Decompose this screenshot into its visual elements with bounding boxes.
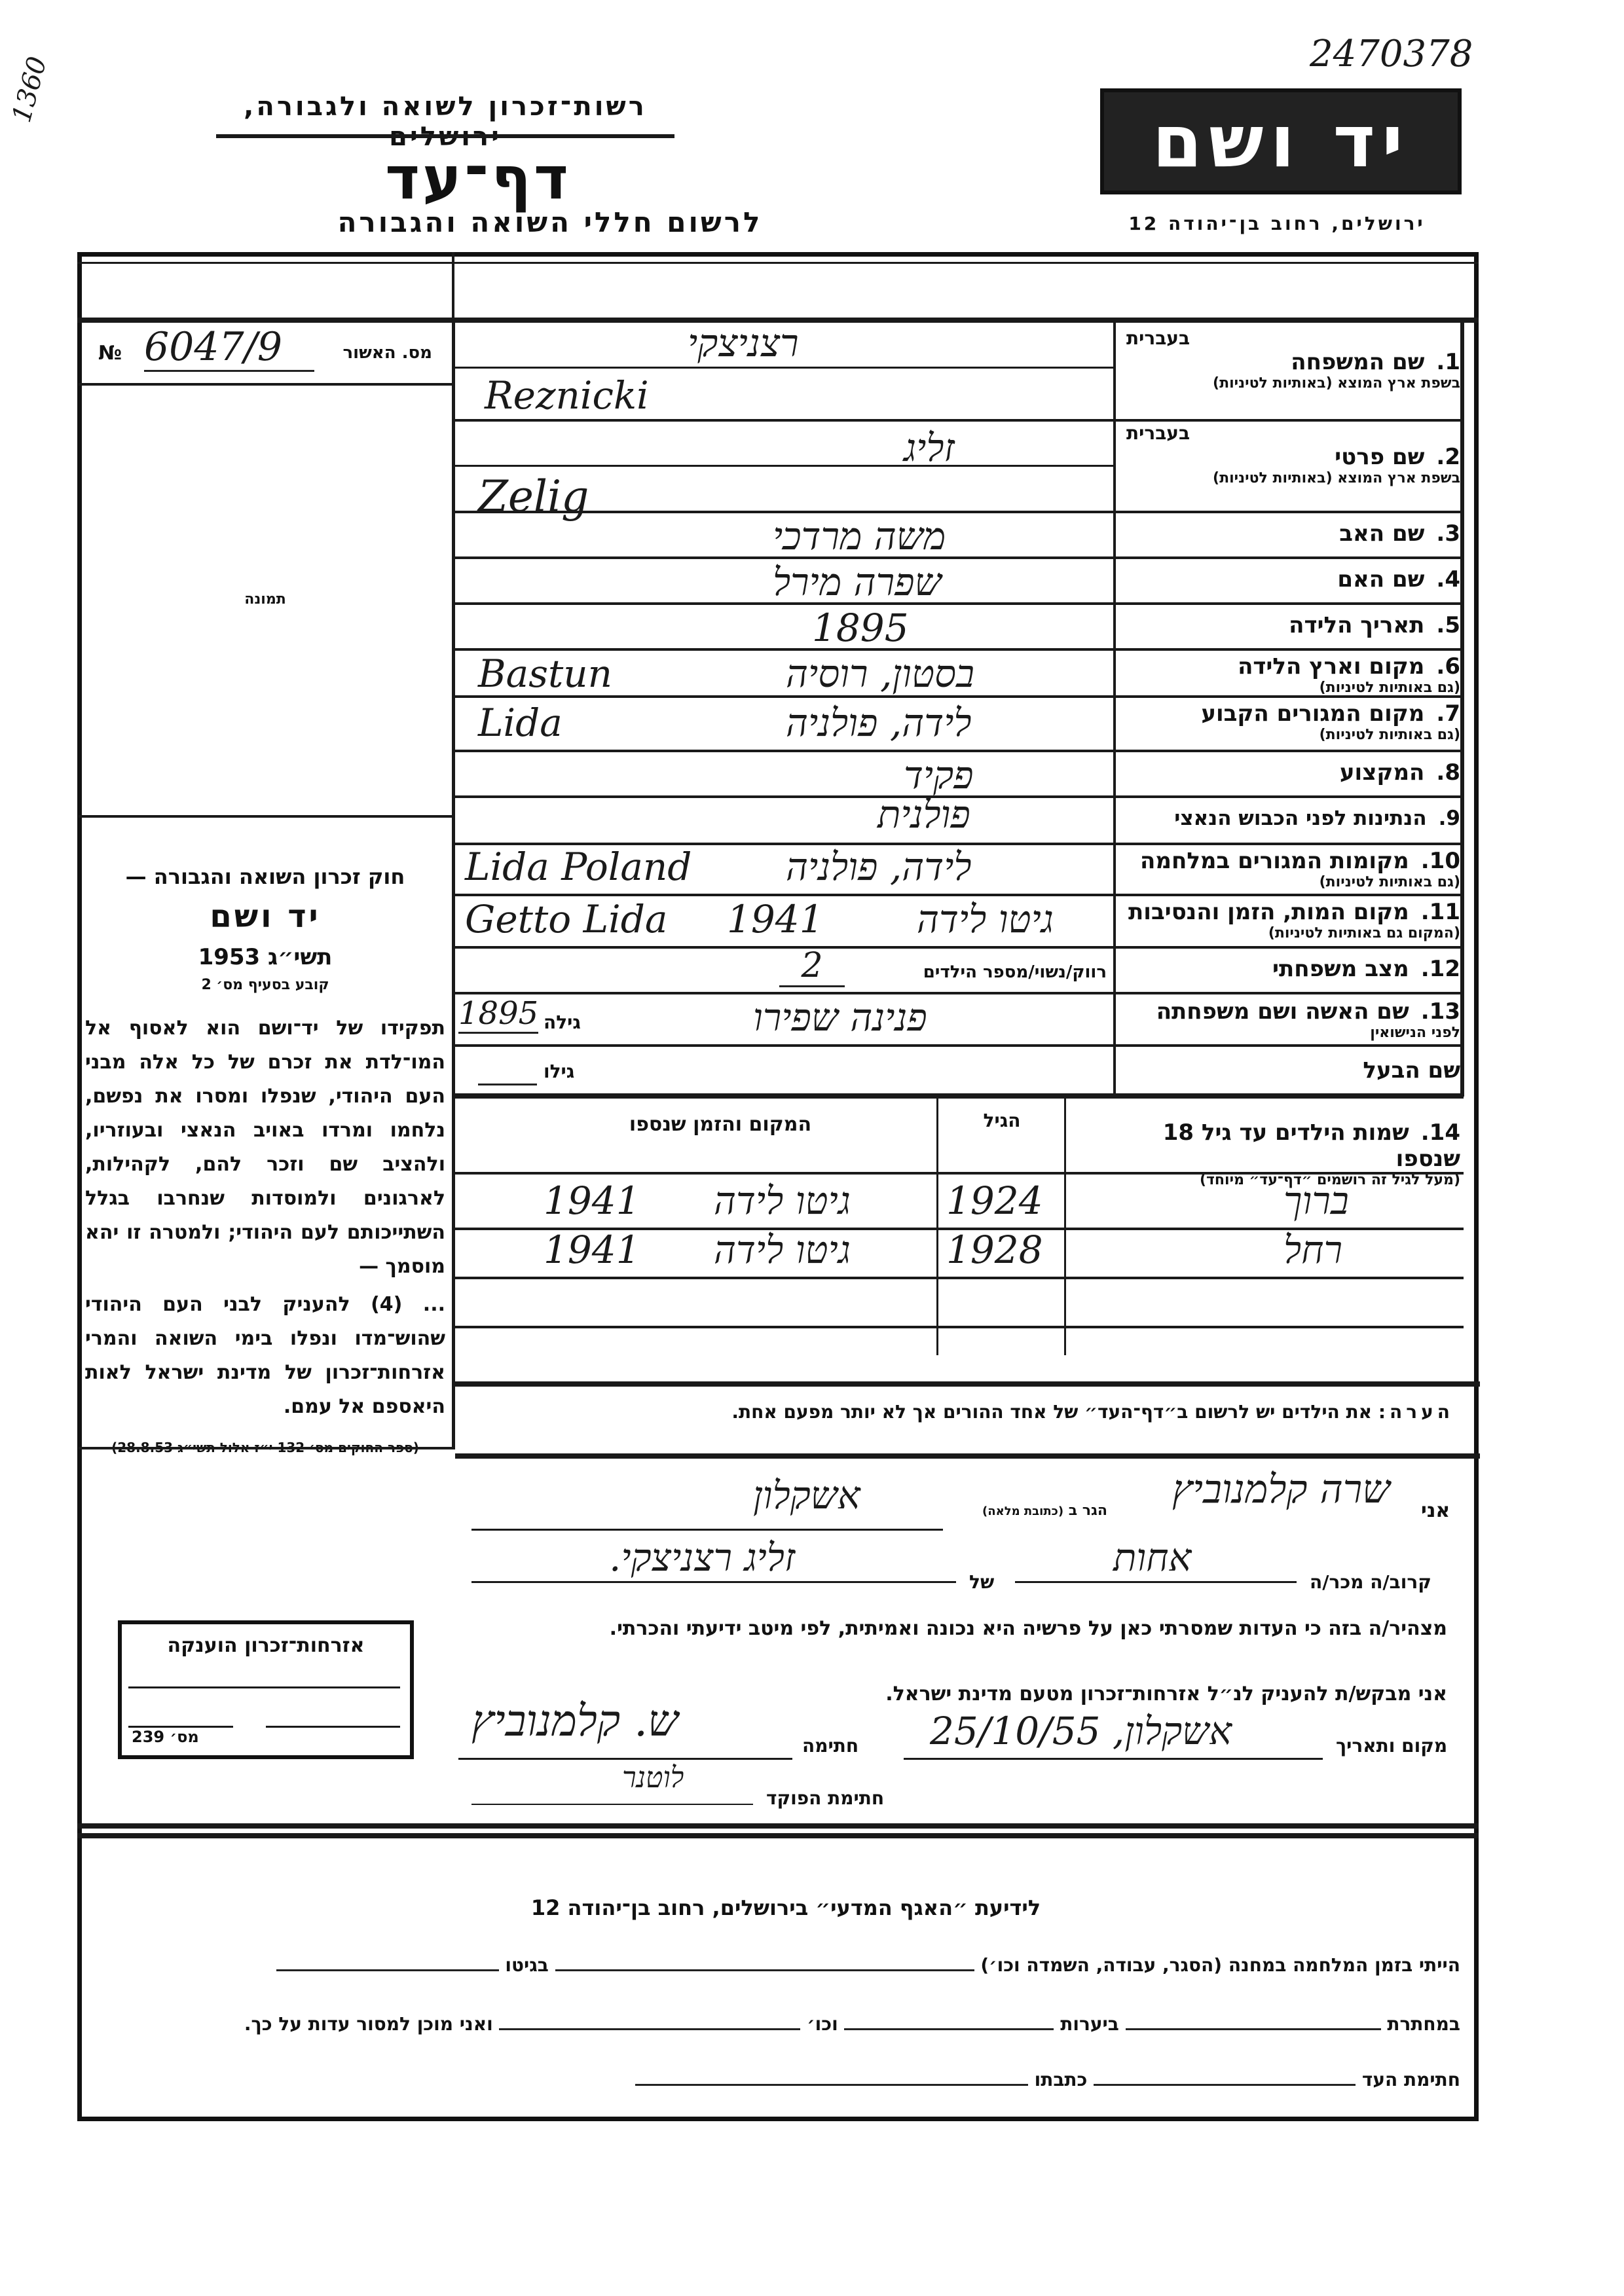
field-13-value[interactable]: פנינה שפירו: [753, 995, 927, 1040]
field-5-value[interactable]: 1895: [812, 606, 909, 650]
field-2-number: 2.: [1436, 444, 1460, 470]
field-1-sub: בשפת ארץ המוצא (באותיות לטיניות): [1126, 375, 1460, 392]
children-col-divider: [1064, 1097, 1066, 1355]
witness-signature-field[interactable]: [1094, 2084, 1356, 2086]
relation-value[interactable]: אחות: [1113, 1535, 1191, 1580]
law-year: תשי״ג 1953: [85, 944, 445, 970]
address-hint: (כתובת מלאה): [982, 1504, 1063, 1518]
archive-number-handwritten: 2470378: [1310, 33, 1473, 75]
form-title: דף־עד: [380, 144, 576, 213]
row-line: [455, 1044, 1464, 1047]
field-8-text: המקצוע: [1340, 759, 1425, 786]
field-6-value-latin[interactable]: Bastun: [478, 651, 612, 696]
col-place-header: המקום והזמן שנספו: [524, 1113, 917, 1136]
underground-label: במחתרת: [1387, 2013, 1460, 2035]
field-12-children-count[interactable]: 2: [779, 946, 845, 987]
field-8-number: 8.: [1436, 759, 1460, 786]
of-line: [471, 1581, 956, 1583]
field-1-text: שם המשפחה: [1291, 349, 1424, 375]
label-column-border: [1113, 318, 1116, 1097]
place-date-line: [904, 1758, 1323, 1760]
row-line: [455, 419, 1464, 422]
field-1-label: בעברית 1.שם המשפחה בשפת ארץ המוצא (באותי…: [1126, 327, 1460, 392]
field-9-text: הנתינות לפני הכבוש הנאצי: [1174, 807, 1426, 830]
field-6-title: 6.מקום וארץ הלידה: [1126, 653, 1460, 680]
field-10-value-latin[interactable]: Lida Poland: [465, 845, 692, 889]
field-12-status-options: רווק/נשוי/מספר הילדים: [851, 962, 1107, 982]
field-12-label: 12.מצב משפחתי: [1126, 956, 1460, 982]
field-6-value-hebrew[interactable]: בסטון, רוסיה: [786, 651, 974, 696]
children-number: 14.: [1421, 1120, 1460, 1146]
section-separator: [77, 1833, 1479, 1838]
resident-label: הגר ב: [1069, 1503, 1107, 1519]
witness-address-label: כתבתו: [1035, 2069, 1088, 2090]
etc-label: וכו׳: [807, 2013, 838, 2035]
field-13-title: 13.שם האשה ושם משפחתה: [1126, 998, 1460, 1025]
field-1-number: 1.: [1436, 349, 1460, 375]
declarant-address-line: [471, 1529, 943, 1531]
officer-line: [471, 1804, 753, 1805]
field-5-text: תאריך הלידה: [1289, 612, 1424, 638]
logo-text: יד ושם: [1152, 100, 1409, 183]
field-4-text: שם האם: [1337, 566, 1424, 592]
field-11-title: 11.מקום המות, הזמן והנסיבות: [1126, 899, 1460, 925]
relation-line: [1015, 1581, 1297, 1583]
field-11-value-year[interactable]: 1941: [727, 897, 824, 941]
officer-label: חתימת הפוקד: [766, 1787, 884, 1809]
address: ירושלים, רחוב בן־יהודה 12: [1100, 213, 1454, 234]
military-line-3: חתימת העד כתבתו: [92, 2069, 1460, 2090]
field-7-text: מקום המגורים הקבוע: [1201, 701, 1424, 727]
officer-signature[interactable]: לוטנר: [622, 1761, 684, 1795]
of-name[interactable]: זליג רצניצקי.: [609, 1535, 795, 1580]
field-6-label: 6.מקום וארץ הלידה (גם באותיות לטיניות): [1126, 653, 1460, 696]
field-11-value-latin[interactable]: Getto Lida: [465, 897, 667, 941]
stamp-line: [266, 1726, 400, 1728]
field-11-sub: (המקום גם באותיות לטיניות): [1126, 925, 1460, 941]
field-8-value[interactable]: פקיד: [904, 753, 974, 797]
ghetto-label: בגיטו: [505, 1954, 548, 1976]
row-line: [455, 511, 1464, 513]
frame-inner-top: [77, 262, 1479, 264]
child-age[interactable]: 1928: [946, 1228, 1043, 1272]
field-10-title: 10.מקומות המגורים במלחמה: [1126, 848, 1460, 874]
col-age-header: הגיל: [943, 1110, 1061, 1131]
field-2-value-latin[interactable]: Zelig: [478, 471, 589, 522]
field-11-number: 11.: [1421, 899, 1460, 925]
row-line: [455, 992, 1464, 994]
law-title: חוק זכרון השואה והגבורה —: [85, 864, 445, 889]
husband-age-field[interactable]: [478, 1064, 537, 1085]
field-2-sub: בשפת ארץ המוצא (באותיות לטיניות): [1126, 470, 1460, 486]
field-7-value-hebrew[interactable]: לידה, פולניה: [786, 701, 972, 745]
registration-label: מס. האשור: [343, 343, 433, 363]
field-10-label: 10.מקומות המגורים במלחמה (גם באותיות לטי…: [1126, 848, 1460, 890]
field-11-value-hebrew[interactable]: גיטו לידה: [917, 897, 1054, 941]
witness-address-field[interactable]: [635, 2084, 1028, 2086]
child-name[interactable]: ברוך: [1283, 1178, 1349, 1223]
declarant-name[interactable]: שרה קלמנוביץ: [1172, 1467, 1390, 1512]
field-13-label: 13.שם האשה ושם משפחתה לפני הנישואין: [1126, 998, 1460, 1041]
field-6-number: 6.: [1436, 653, 1460, 680]
top-strip-divider: [452, 252, 454, 318]
stamp-line: [128, 1686, 400, 1688]
row-line: [455, 894, 1464, 896]
field-9-value[interactable]: פולנית: [877, 792, 970, 837]
field-4-label: 4.שם האם: [1126, 566, 1460, 592]
authority-name: רשות־זכרון לשואה ולגבורה, ירושלים: [216, 92, 674, 152]
citizenship-stamp: אזרחות־זכרון הוענקה מס׳ 239: [118, 1620, 414, 1759]
archive-number-text: 2470378: [1310, 33, 1473, 75]
note: הערה: את הילדים יש לרשום ב״דף־העד״ של אח…: [655, 1401, 1454, 1423]
field-13-number: 13.: [1421, 998, 1460, 1025]
row-line: [455, 367, 1113, 369]
field-2-title: 2.שם פרטי: [1126, 444, 1460, 470]
registration-number-field[interactable]: № 6047/9 מס. האשור: [92, 327, 445, 373]
stamp-number: מס׳ 239: [132, 1728, 199, 1746]
field-1-title: 1.שם המשפחה: [1126, 349, 1460, 375]
ghetto-field[interactable]: [276, 1969, 499, 1971]
field-3-value[interactable]: משה מרדכי: [773, 514, 946, 558]
signature-label: חתימה: [802, 1735, 858, 1757]
field-3-number: 3.: [1436, 520, 1460, 547]
forests-field[interactable]: [844, 2028, 1054, 2030]
field-4-value[interactable]: שפרה מירל: [773, 560, 942, 604]
camp-field[interactable]: [555, 1969, 974, 1971]
children-title: 14.שמות הילדים עד גיל 18 שנספו: [1126, 1120, 1460, 1172]
law-name: יד ושם: [85, 898, 445, 935]
registration-divider: [79, 383, 452, 386]
declarant-resident-label: הגר ב (כתובת מלאה): [982, 1503, 1107, 1519]
side-stamp: 1360: [7, 54, 53, 126]
field-10-sub: (גם באותיות לטיניות): [1126, 874, 1460, 890]
field-13-age-label: גילה: [544, 1011, 581, 1033]
section-separator: [77, 1823, 1479, 1829]
place-date-label: מקום ותאריך: [1336, 1735, 1447, 1757]
label-column-border-thick: [1460, 318, 1464, 1097]
form-subtitle: לרשום חללי השואה והגבורה: [288, 206, 812, 238]
field-3-label: 3.שם האב: [1126, 520, 1460, 547]
child-year[interactable]: 1941: [544, 1178, 640, 1223]
stamp-title: אזרחות־זכרון הוענקה: [122, 1634, 410, 1657]
children-text: שמות הילדים עד גיל 18 שנספו: [1163, 1120, 1460, 1172]
law-clause: קובע בסעיף מס׳ 2: [85, 977, 445, 993]
field-7-sub: (גם באותיות לטיניות): [1126, 727, 1460, 743]
field-2-heb-tag: בעברית: [1126, 422, 1460, 444]
field-5-label: 5.תאריך הלידה: [1126, 612, 1460, 638]
row-line: [455, 556, 1464, 559]
children-row-line: [455, 1326, 1464, 1328]
field-2-label: בעברית 2.שם פרטי בשפת ארץ המוצא (באותיות…: [1126, 422, 1460, 486]
children-row-line: [455, 1277, 1464, 1279]
child-place[interactable]: גיטו לידה: [714, 1228, 851, 1272]
header-underline: [216, 134, 674, 138]
registration-number-value: 6047/9: [144, 324, 314, 372]
child-name[interactable]: רחל: [1283, 1228, 1342, 1272]
field-11-text: מקום המות, הזמן והנסיבות: [1128, 899, 1409, 925]
children-table-bottom: [455, 1381, 1480, 1387]
field-13-text: שם האשה ושם משפחתה: [1156, 998, 1409, 1025]
law-paragraph-1: תפקידו של יד־ושם הוא לאסוף אל המו־לדת את…: [85, 1011, 445, 1284]
photo-placeholder[interactable]: תמונה: [79, 386, 452, 812]
field-10-number: 10.: [1421, 848, 1460, 874]
row-line: [455, 946, 1464, 949]
declarant-address[interactable]: אשקלון: [753, 1473, 860, 1518]
field-9-label: 9.הנתינות לפני הכבוש הנאצי: [1126, 807, 1460, 830]
field-7-number: 7.: [1436, 701, 1460, 727]
husband-age-label: גילו: [544, 1061, 574, 1082]
husband-name-label: שם הבעל: [1126, 1057, 1460, 1084]
place-date-value[interactable]: אשקלון, 25/10/55: [930, 1709, 1232, 1753]
row-line: [455, 465, 1113, 467]
field-1-value-hebrew[interactable]: רצניצקי: [688, 321, 799, 365]
field-3-text: שם האב: [1339, 520, 1424, 547]
field-12-number: 12.: [1421, 956, 1460, 982]
military-title: לידיעת ״האגף המדעי״ בירושלים, רחוב בן־יה…: [393, 1895, 1179, 1920]
field-10-value-hebrew[interactable]: לידה, פולניה: [786, 845, 972, 889]
field-7-value-latin[interactable]: Lida: [478, 701, 563, 745]
field-6-text: מקום וארץ הלידה: [1238, 653, 1424, 680]
children-header-line: [455, 1172, 1464, 1175]
children-col-divider: [936, 1097, 938, 1355]
field-13-sub: לפני הנישואין: [1126, 1025, 1460, 1041]
note-bottom: [455, 1453, 1480, 1459]
row-line: [455, 602, 1464, 605]
field-1-heb-tag: בעברית: [1126, 327, 1460, 349]
underground-field[interactable]: [1126, 2028, 1381, 2030]
field-7-label: 7.מקום המגורים הקבוע (גם באותיות לטיניות…: [1126, 701, 1460, 743]
photo-divider: [79, 815, 452, 818]
child-year[interactable]: 1941: [544, 1228, 640, 1272]
declarant-i-label: אני: [1421, 1499, 1450, 1522]
child-age[interactable]: 1924: [946, 1178, 1043, 1223]
row-line: [455, 1093, 1464, 1099]
photo-label: תמונה: [244, 591, 286, 608]
field-2-value-hebrew[interactable]: זליג: [904, 426, 955, 470]
military-line-2: במחתרת ביערות וכו׳ ואני מוכן למסור עדות …: [92, 2013, 1460, 2035]
note-label: הערה:: [1378, 1401, 1454, 1423]
camp-label: הייתי בזמן המלחמה במחנה (הסגר, עבודה, הש…: [980, 1954, 1460, 1976]
law-box-bottom: [79, 1447, 455, 1449]
note-text: את הילדים יש לרשום ב״דף־העד״ של אחד ההור…: [731, 1401, 1372, 1423]
field-2-text: שם פרטי: [1335, 444, 1424, 470]
military-line-1: הייתי בזמן המלחמה במחנה (הסגר, עבודה, הש…: [92, 1954, 1460, 1976]
field-7-title: 7.מקום המגורים הקבוע: [1126, 701, 1460, 727]
signature-line: [458, 1758, 792, 1760]
field-13-age-value[interactable]: 1895: [458, 995, 538, 1034]
forests-label: ביערות: [1060, 2013, 1119, 2035]
field-10-text: מקומות המגורים במלחמה: [1140, 848, 1409, 874]
row-line: [455, 648, 1464, 651]
field-12-text: מצב משפחתי: [1272, 956, 1409, 982]
row-line: [455, 750, 1464, 752]
declarant-signature[interactable]: ש. קלמנוביץ: [471, 1696, 678, 1747]
yad-vashem-logo: יד ושם: [1100, 88, 1462, 194]
relation-label: קרוב/ה מכר/ה: [1310, 1571, 1431, 1593]
field-1-value-latin[interactable]: Reznicki: [485, 373, 649, 418]
law-paragraph-2: ... (4) להעניק לבני העם היהודי שהוש־מדו …: [85, 1288, 445, 1424]
field-8-label: 8.המקצוע: [1126, 759, 1460, 786]
field-9-number: 9.: [1439, 807, 1460, 830]
field-5-number: 5.: [1436, 612, 1460, 638]
field-6-sub: (גם באותיות לטיניות): [1126, 680, 1460, 696]
declaration-text: מצהיר/ה בזה כי העדות שמסרתי כאן על פרשיה…: [458, 1617, 1447, 1640]
child-place[interactable]: גיטו לידה: [714, 1178, 851, 1223]
testify-label: ואני מוכן למסור עדות על כך.: [244, 2013, 493, 2035]
etc-field[interactable]: [499, 2028, 800, 2030]
field-4-number: 4.: [1436, 566, 1460, 592]
of-label: של: [969, 1571, 994, 1593]
registration-prefix: №: [98, 342, 122, 365]
witness-signature-label: חתימת העד: [1362, 2069, 1460, 2090]
law-box: חוק זכרון השואה והגבורה — יד ושם תשי״ג 1…: [85, 864, 445, 1455]
field-11-label: 11.מקום המות, הזמן והנסיבות (המקום גם בא…: [1126, 899, 1460, 941]
